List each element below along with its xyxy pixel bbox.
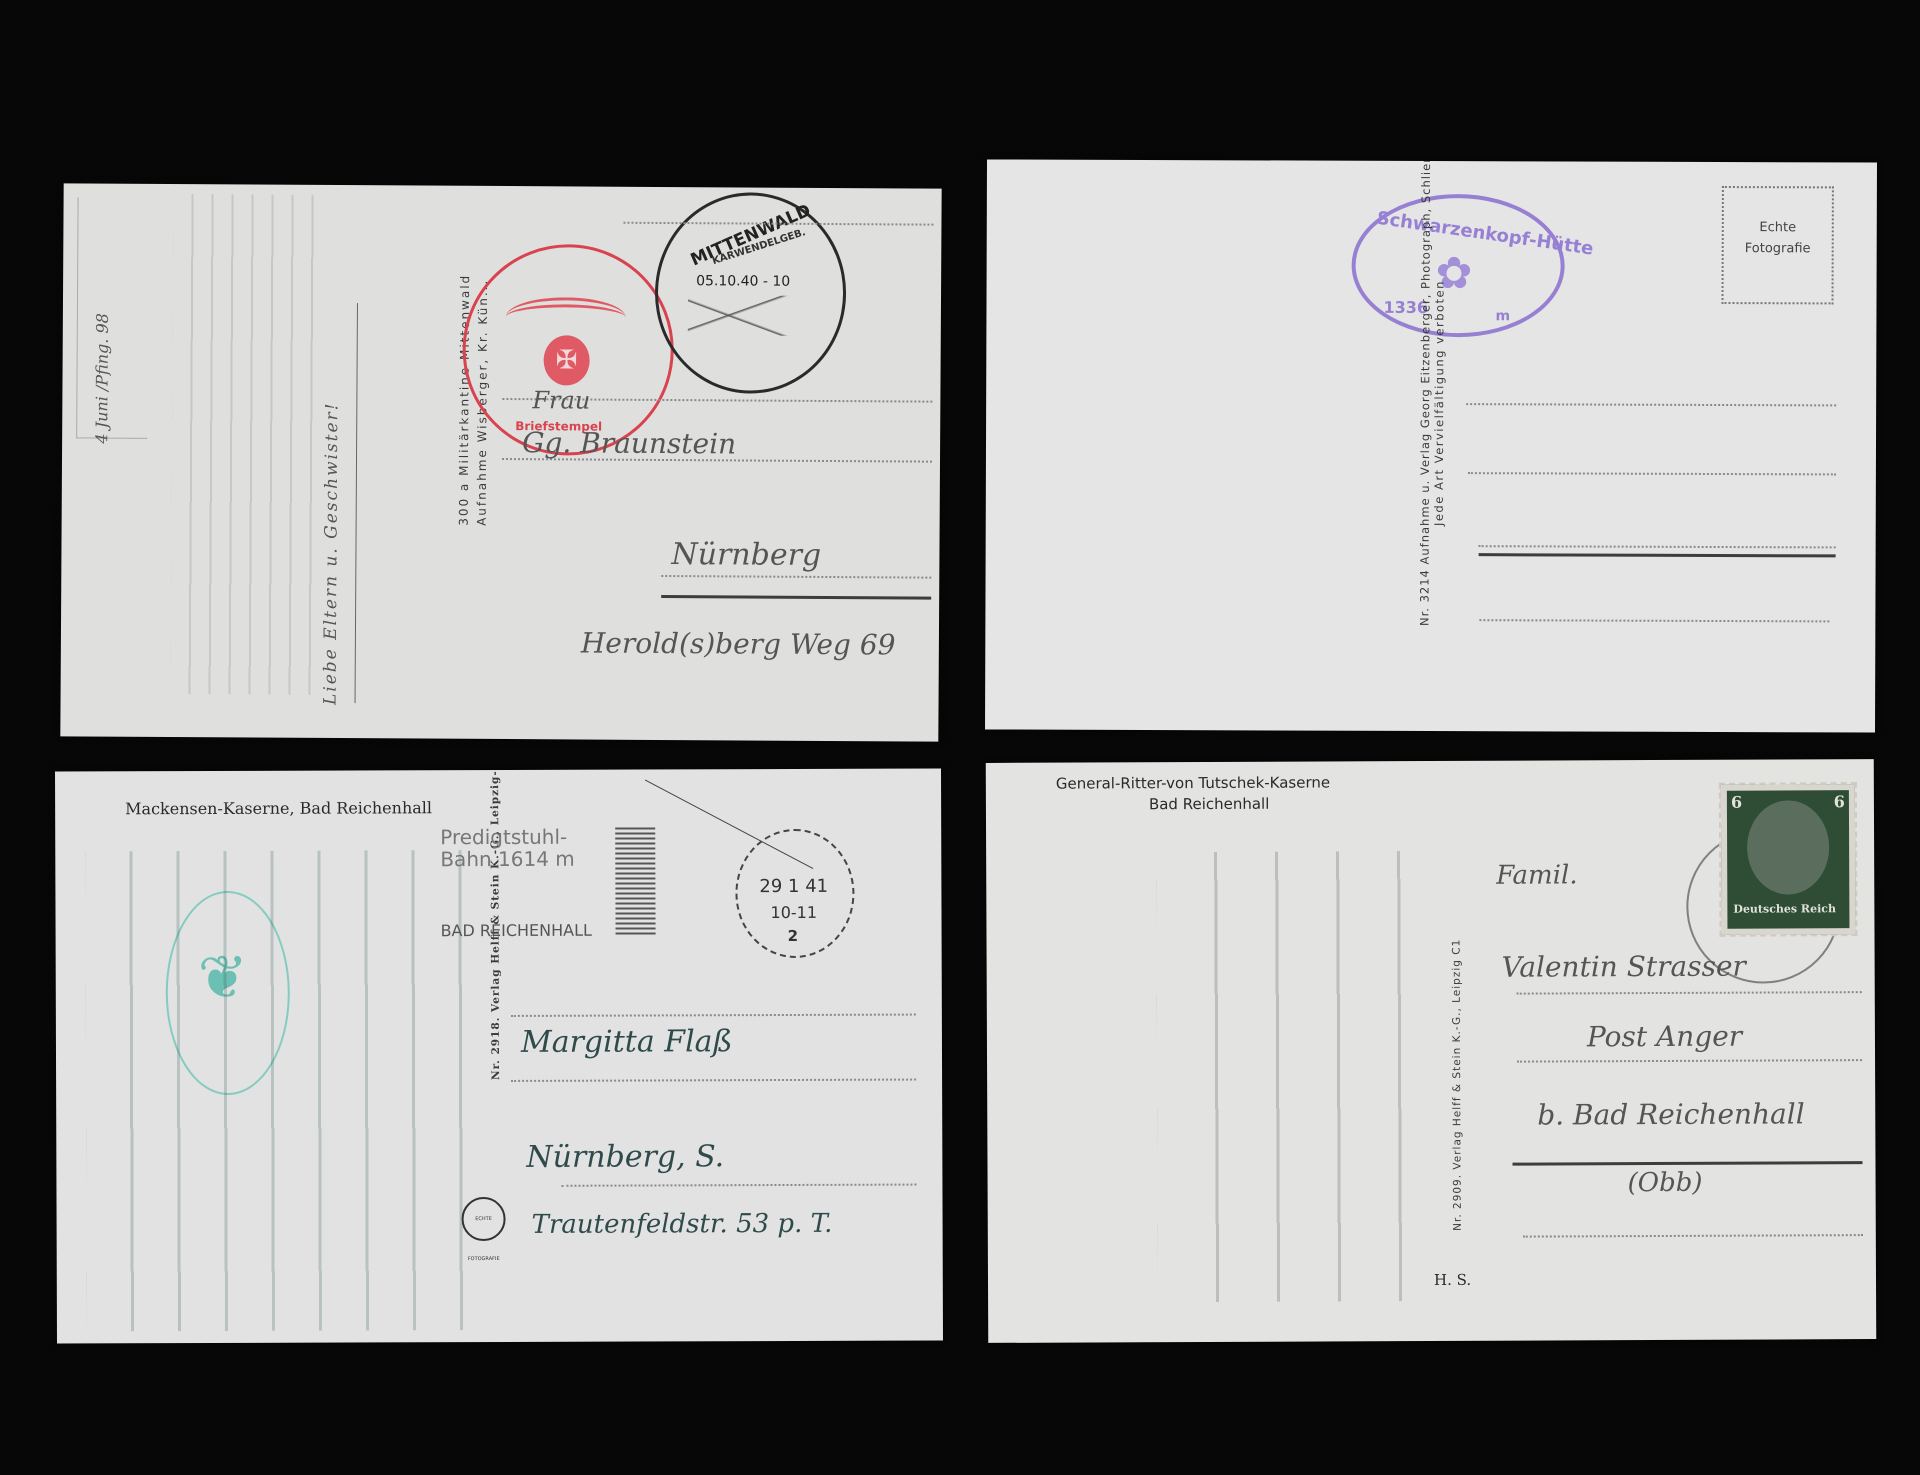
address-line-1: Famil.: [1496, 860, 1577, 890]
cancel-strike: [645, 780, 814, 869]
reichenhall-postmark: 29 1 41 10-11 2: [735, 829, 854, 958]
address-line: [1466, 403, 1836, 406]
address-line: [511, 1014, 916, 1017]
address-line: [661, 575, 931, 579]
address-line: [561, 1184, 916, 1187]
handwritten-greeting: Liebe Eltern u. Geschwister!: [321, 401, 343, 705]
address-line: [1523, 1234, 1863, 1237]
hut-name: Schwarzenkopf-Hütte: [1375, 208, 1594, 260]
address-line-1: Frau: [532, 386, 590, 414]
photo-box-line-1: Echte: [1724, 220, 1832, 235]
mountain-icon: [688, 295, 808, 336]
initials: H. S.: [1434, 1271, 1471, 1289]
postcard-mittenwald: 4 Juni /Pfing. 98 Liebe Eltern u. Geschw…: [60, 183, 941, 741]
publisher-line-1: Nr. 3214 Aufnahme u. Verlag Georg Eitzen…: [1417, 159, 1433, 626]
postcard-schwarzenkopf: Schwarzenkopf-Hütte ✿ 1336 m Nr. 3214 Au…: [985, 159, 1877, 732]
cancel-slogan-2: Bahn 1614 m: [440, 847, 575, 871]
address-line: [1517, 1059, 1862, 1063]
address-city: Nürnberg, S.: [526, 1139, 724, 1175]
address-line-1: Margitta Flaß: [521, 1024, 733, 1060]
postcard-mackensen-kaserne: Mackensen-Kaserne, Bad Reichenhall ❦ Nr.…: [55, 768, 943, 1343]
handwritten-message: [171, 194, 324, 695]
postage-stamp: 6 6 Deutsches Reich: [1721, 784, 1856, 935]
address-line-2: Valentin Strasser: [1502, 950, 1746, 984]
address-line-2: Gg. Braunstein: [522, 426, 736, 460]
postmark-date: 05.10.40 - 10: [696, 273, 790, 290]
note-box: [76, 197, 148, 438]
stamp-country: Deutsches Reich: [1733, 902, 1836, 915]
cable-car-icon: [615, 824, 655, 934]
address-street: Herold(s)berg Weg 69: [581, 626, 896, 661]
publisher-line: Nr. 2909. Verlag Helff & Stein K.-G., Le…: [1451, 939, 1464, 1231]
publisher-line-2: Jede Art Vervielfältigung verboten: [1432, 280, 1447, 526]
card-title: Mackensen-Kaserne, Bad Reichenhall: [125, 798, 432, 818]
card-title-line-2: Bad Reichenhall: [1149, 795, 1270, 814]
photo-box-line-2: Fotografie: [1724, 241, 1832, 256]
machine-cancel: Predigtstuhl- Bahn 1614 m BAD REICHENHAL…: [440, 824, 660, 940]
address-line: [1517, 991, 1862, 995]
address-street: Trautenfeldstr. 53 p. T.: [532, 1209, 833, 1240]
handwritten-message: [1156, 851, 1438, 1302]
city-underline: [661, 595, 931, 600]
stamp-value-left: 6: [1731, 793, 1742, 812]
address-line: [1479, 545, 1836, 548]
cancel-city: BAD REICHENHALL: [441, 921, 592, 941]
red-censor-stamp: ✠ Briefstempel: [462, 244, 674, 456]
portrait-icon: [1747, 800, 1829, 894]
purple-hut-stamp: Schwarzenkopf-Hütte ✿ 1336 m: [1351, 194, 1564, 338]
photo-mark-icon: ECHTE FOTOGRAFIE: [461, 1197, 505, 1241]
address-line-3: Post Anger: [1587, 1020, 1742, 1054]
address-line: [511, 1079, 916, 1082]
handwritten-date: 4 Juni /Pfing. 98: [92, 313, 112, 444]
address-line-5: (Obb): [1628, 1168, 1703, 1198]
eagle-icon: [506, 297, 626, 338]
cancel-slogan-1: Predigtstuhl-: [440, 825, 567, 849]
card-title-line-1: General-Ritter-von Tutschek-Kaserne: [1056, 773, 1330, 792]
stamp-box: Echte Fotografie: [1721, 186, 1833, 304]
address-city: Nürnberg: [671, 537, 821, 573]
emblem-icon: ✠: [543, 335, 589, 385]
address-line: [1479, 619, 1829, 622]
stamp-value-right: 6: [1834, 792, 1845, 811]
city-underline: [1512, 1161, 1862, 1166]
postmark-date: 29 1 41: [759, 876, 828, 897]
address-line-4: b. Bad Reichenhall: [1537, 1097, 1805, 1131]
postcard-tutschek-kaserne: General-Ritter-von Tutschek-Kaserne Bad …: [986, 759, 1877, 1343]
postmark-number: 2: [788, 927, 799, 945]
city-underline: [1479, 553, 1836, 557]
greeting-underline: [355, 303, 358, 703]
postmark-time: 10-11: [770, 903, 817, 922]
address-line: [1468, 472, 1836, 475]
handwritten-message: [85, 850, 467, 1331]
hut-altitude-unit: m: [1495, 308, 1510, 324]
